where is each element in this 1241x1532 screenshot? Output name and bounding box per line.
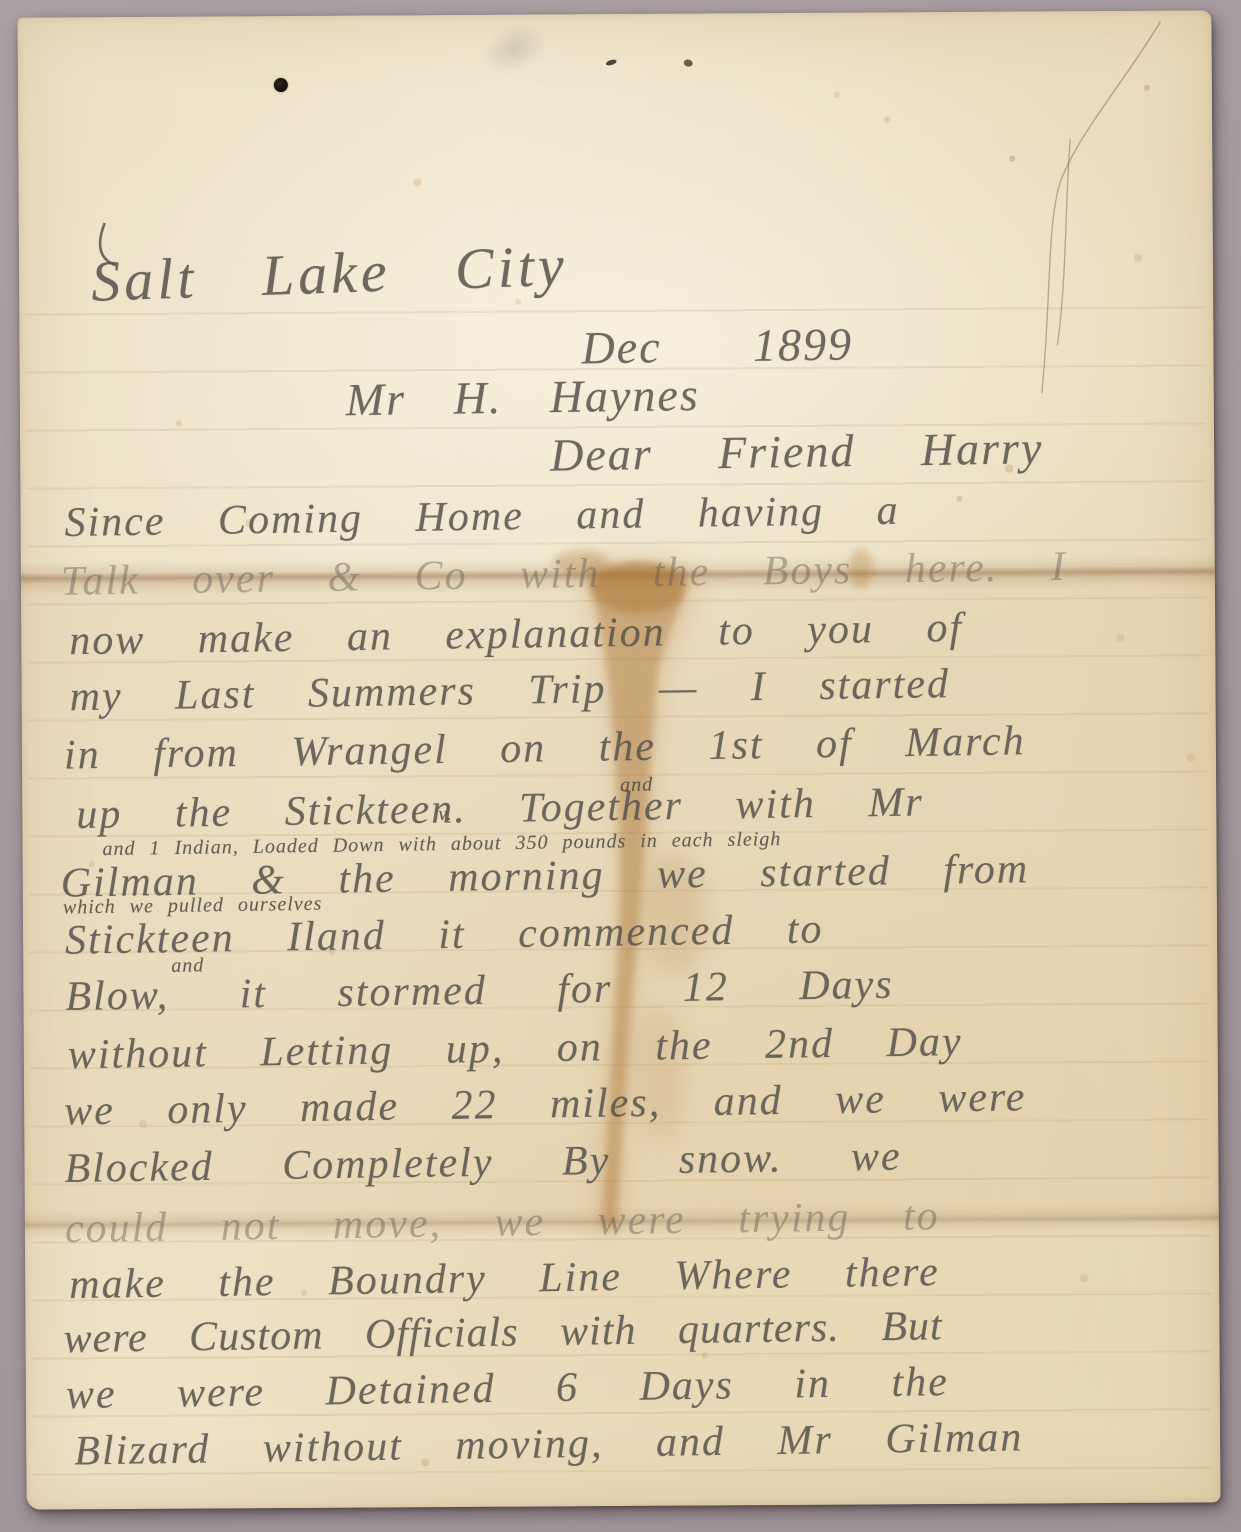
interlinear-insertion: and <box>620 774 653 797</box>
ink-mark <box>683 59 693 68</box>
insertion-caret: v. <box>438 803 453 826</box>
interlinear-insertion: and <box>171 954 204 977</box>
date-line: Dec 1899 <box>581 317 853 374</box>
punch-hole <box>274 78 288 92</box>
ink-mark <box>605 58 617 66</box>
pencil-smudge <box>473 12 557 85</box>
letter-paper: Salt Lake City Dec 1899 Mr H. Haynes Dea… <box>17 10 1220 1509</box>
salutation-line: Dear Friend Harry <box>550 421 1044 481</box>
scan-background: Salt Lake City Dec 1899 Mr H. Haynes Dea… <box>0 0 1241 1532</box>
foxing-spots <box>17 18 19 20</box>
interlinear-insertion: which we pulled ourselves <box>63 893 323 920</box>
recipient-line: Mr H. Haynes <box>345 368 700 426</box>
